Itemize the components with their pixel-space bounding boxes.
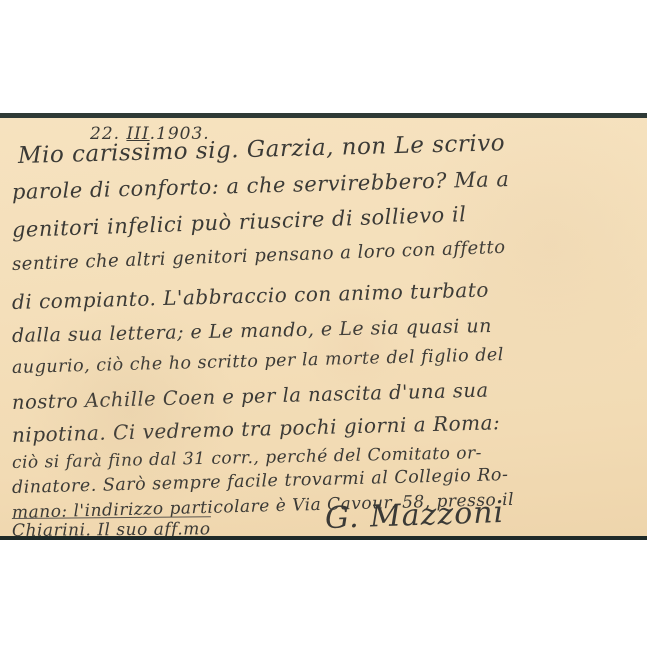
letter-line-7: augurio, ciò che ho scritto per la morte… [12, 345, 504, 378]
letter-line-9: nipotina. Ci vedremo tra pochi giorni a … [12, 410, 501, 447]
letter-line-13: Chiarini. Il suo aff.mo [12, 516, 211, 540]
letter-line-2: parole di conforto: a che servirebbero? … [12, 167, 510, 204]
letter-line-3: genitori infelici può riuscire di sollie… [12, 202, 467, 242]
letter-line-6: dalla sua lettera; e Le mando, e Le sia … [12, 315, 492, 347]
signature: G. Mazzoni [324, 495, 504, 536]
letter-line-4: sentire che altri genitori pensano a lor… [12, 237, 506, 275]
postcard: 22. III.1903. Mio carissimo sig. Garzia,… [0, 113, 647, 540]
letter-line-8: nostro Achille Coen e per la nascita d'u… [12, 379, 489, 414]
page: 22. III.1903. Mio carissimo sig. Garzia,… [0, 0, 650, 650]
letter-line-5: di compianto. L'abbraccio con animo turb… [12, 278, 489, 314]
